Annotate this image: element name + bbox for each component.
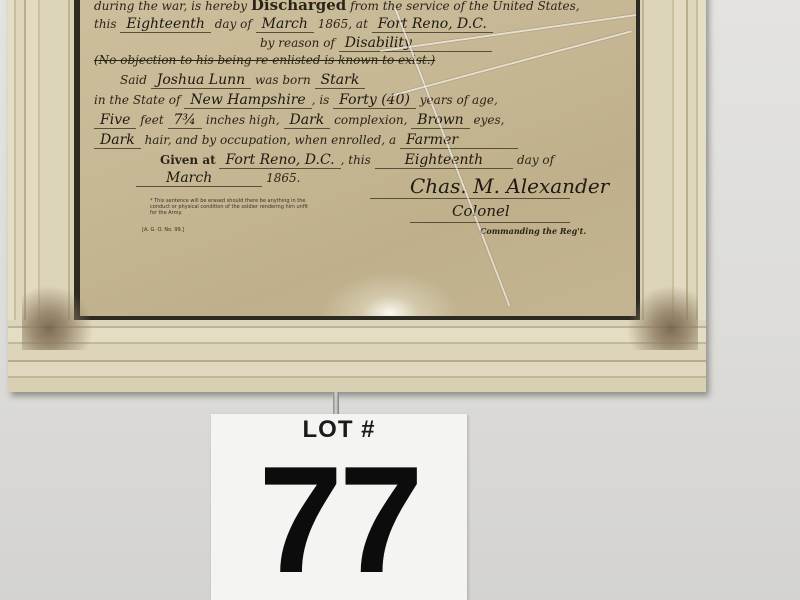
corner-ornament-right: [608, 280, 698, 350]
age: Forty (40): [333, 92, 416, 109]
discharge-month: March: [256, 16, 314, 33]
footnote: * This sentence will be erased should th…: [150, 198, 310, 216]
given-year: 1865.: [266, 171, 300, 185]
frame-bottom-molding: [8, 320, 706, 392]
height-inches: 7¾: [168, 112, 202, 129]
text: this: [94, 17, 117, 31]
discharge-place: Fort Reno, D.C.: [372, 16, 493, 33]
text: hair, and by occupation, when enrolled, …: [145, 133, 397, 147]
hair-color: Dark: [94, 132, 141, 149]
doc-line-3: by reason of Disability: [260, 35, 492, 51]
text: complexion,: [334, 113, 407, 127]
doc-line-9: Given at Fort Reno, D.C., this Eighteent…: [160, 152, 554, 168]
text: feet: [140, 113, 163, 127]
doc-line-10: March 1865.: [136, 170, 300, 186]
given-month: March: [136, 170, 262, 187]
given-place: Fort Reno, D.C.: [219, 152, 340, 169]
doc-line-7: Five feet 7¾ inches high, Dark complexio…: [94, 112, 505, 128]
doc-line-1: during the war, is hereby Discharged fro…: [94, 0, 580, 14]
card-stand-post: [333, 392, 339, 416]
height-feet: Five: [94, 112, 136, 129]
document-title: Discharged: [251, 0, 346, 14]
text: Said: [120, 73, 147, 87]
rank-line: [410, 222, 570, 223]
lot-number: 77: [211, 450, 467, 590]
doc-line-8: Dark hair, and by occupation, when enrol…: [94, 132, 518, 148]
corner-ornament-left: [22, 280, 112, 350]
glass-glare: [310, 265, 470, 316]
text: from the service of the United States,: [350, 0, 579, 13]
text: , at: [348, 17, 368, 31]
doc-line-2: this Eighteenth day of March 1865, at Fo…: [94, 16, 493, 32]
picture-frame: during the war, is hereby Discharged fro…: [8, 0, 706, 392]
text: day of: [517, 153, 554, 167]
signature-line: [370, 198, 570, 199]
text: during the war, is hereby: [94, 0, 247, 13]
birthplace: Stark: [315, 72, 366, 89]
text: , is: [312, 93, 330, 107]
doc-line-5: Said Joshua Lunn was born Stark: [120, 72, 365, 88]
struck-text: (No objection to his being re-enlisted i…: [94, 53, 435, 67]
signature-rank: Colonel: [452, 202, 510, 220]
text: Given at: [160, 153, 216, 167]
text: was born: [255, 73, 311, 87]
doc-line-6: in the State of New Hampshire, is Forty …: [94, 92, 498, 108]
discharge-day: Eighteenth: [120, 16, 211, 33]
discharge-year: 1865: [318, 17, 349, 31]
birth-state: New Hampshire: [184, 92, 311, 109]
text: , this: [341, 153, 371, 167]
text: in the State of: [94, 93, 180, 107]
doc-line-4: (No objection to his being re-enlisted i…: [94, 53, 435, 67]
text: eyes,: [474, 113, 505, 127]
text: by reason of: [260, 36, 335, 50]
complexion: Dark: [284, 112, 331, 129]
soldier-name: Joshua Lunn: [151, 72, 251, 89]
form-number: [A. G. O. No. 99.]: [142, 227, 184, 233]
given-day: Eighteenth: [375, 152, 514, 169]
commanding-caption: Commanding the Reg't.: [480, 226, 586, 236]
occupation: Farmer: [400, 132, 518, 149]
text: day of: [215, 17, 252, 31]
text: inches high,: [206, 113, 280, 127]
lot-card: LOT # 77: [211, 414, 467, 600]
commander-signature: Chas. M. Alexander: [410, 174, 609, 198]
discharge-certificate: during the war, is hereby Discharged fro…: [80, 0, 636, 316]
